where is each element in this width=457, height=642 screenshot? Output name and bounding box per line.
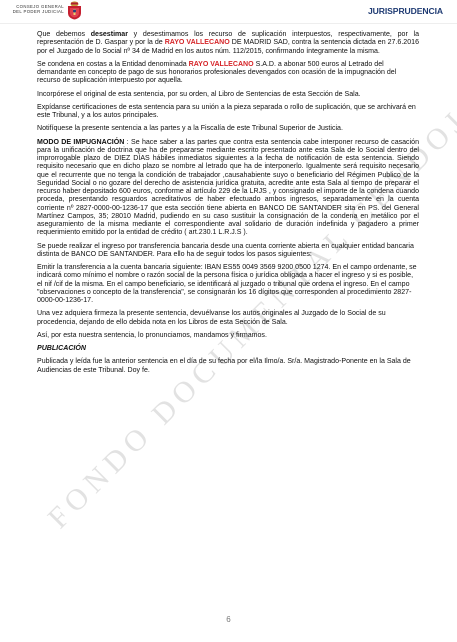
publicacion-heading: PUBLICACIÓN [37,345,419,353]
paragraph-modo-impugnacion: MODO DE IMPUGNACIÓN : Se hace saber a la… [37,139,419,238]
paragraph-certificaciones: Expídanse certificaciones de esta senten… [37,104,419,121]
page-header: CONSEJO GENERAL DEL PODER JUDICIAL JURIS… [0,0,457,22]
paragraph-fallo: Que debemos desestimar y desestimamos lo… [37,31,419,56]
page-number: 6 [0,615,457,624]
jurisprudencia-title: JURISPRUDENCIA [368,6,443,16]
cgpj-logo-text: CONSEJO GENERAL DEL PODER JUDICIAL [10,4,64,14]
paragraph-incorporese: Incorpórese el original de esta sentenci… [37,91,419,99]
paragraph-firmamos: Así, por esta nuestra sentencia, lo pron… [37,332,419,340]
header-divider [0,23,457,24]
paragraph-notifiquese: Notifíquese la presente sentencia a las … [37,125,419,133]
party-highlight: RAYO VALLECANO [165,39,230,46]
document-body: Que debemos desestimar y desestimamos lo… [37,31,419,380]
paragraph-ingreso: Se puede realizar el ingreso por transfe… [37,243,419,260]
party-highlight: RAYO VALLECANO [189,61,254,68]
paragraph-costas: Se condena en costas a la Entidad denomi… [37,61,419,86]
paragraph-transferencia: Emitir la transferencia a la cuenta banc… [37,264,419,305]
paragraph-publicacion: Publicada y leída fue la anterior senten… [37,358,419,375]
org-line-2: DEL PODER JUDICIAL [10,9,64,14]
paragraph-firmeza: Una vez adquiera firmeza la presente sen… [37,310,419,327]
coat-of-arms-icon [67,1,82,20]
impugnacion-heading: MODO DE IMPUGNACIÓN [37,139,124,146]
